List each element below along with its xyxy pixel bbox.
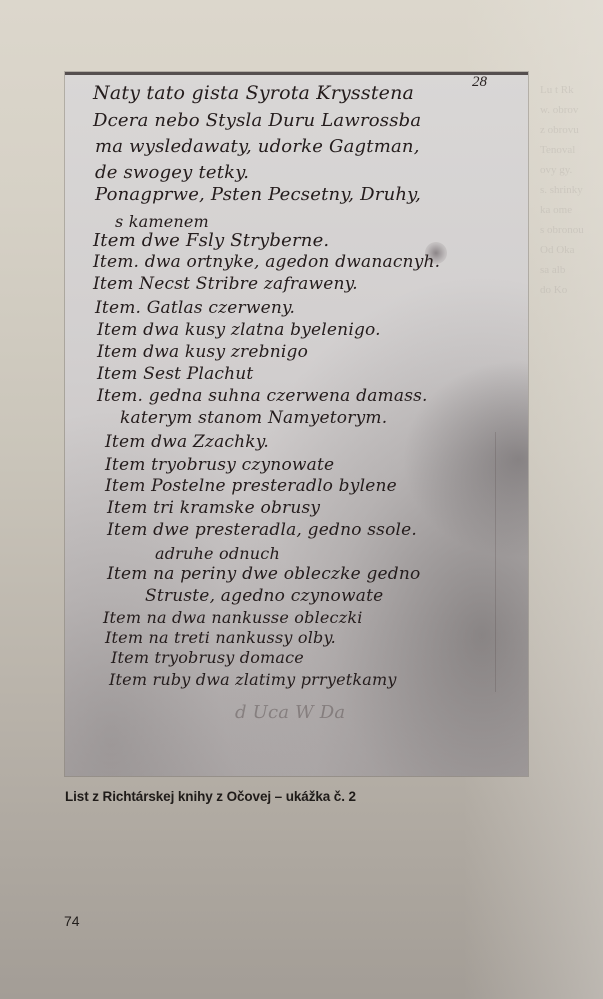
manuscript-line: Item tryobrusy czynowate: [105, 455, 334, 475]
manuscript-line: Item ruby dwa zlatimy prryetkamy: [109, 670, 397, 689]
facing-page-show-through: Lu t Rkw. obrovz obrovuTenovalovy gy.s. …: [540, 80, 600, 300]
show-through-line: do Ko: [540, 280, 600, 300]
manuscript-line: Naty tato gista Syrota Krysstena: [93, 82, 414, 104]
manuscript-line: de swogey tetky.: [95, 162, 249, 183]
manuscript-line: Item dwa Zzachky.: [105, 432, 269, 452]
margin-scrawl: [495, 432, 524, 692]
show-through-line: Tenoval: [540, 140, 600, 160]
manuscript-line: Item. dwa ortnyke, agedon dwanacnyh.: [93, 252, 440, 272]
show-through-line: ka ome: [540, 200, 600, 220]
show-through-line: Od Oka: [540, 240, 600, 260]
manuscript-line: Ponagprwe, Psten Pecsetny, Druhy,: [95, 184, 421, 205]
manuscript-line: adruhe odnuch: [155, 544, 280, 563]
show-through-line: s obronou: [540, 220, 600, 240]
manuscript-line: Item dwe Fsly Stryberne.: [93, 230, 329, 251]
figure-caption: List z Richtárskej knihy z Očovej – ukáž…: [65, 789, 356, 804]
show-through-line: sa alb: [540, 260, 600, 280]
manuscript-line: Dcera nebo Stysla Duru Lawrossba: [93, 110, 421, 131]
manuscript-line: Item Sest Plachut: [97, 364, 253, 384]
manuscript-line: katerym stanom Namyetorym.: [120, 408, 387, 428]
manuscript-line: Item na treti nankussy olby.: [105, 628, 336, 647]
manuscript-line: Item tri kramske obrusy: [107, 498, 320, 518]
show-through-line: w. obrov: [540, 100, 600, 120]
manuscript-line: Struste, agedno czynowate: [145, 586, 383, 606]
manuscript-line: Item. Gatlas czerweny.: [95, 298, 295, 318]
manuscript-line: Item dwa kusy zrebnigo: [97, 342, 308, 362]
manuscript-line: Item na dwa nankusse obleczki: [103, 608, 363, 627]
folio-number: 28: [472, 74, 487, 91]
manuscript-line: Item na periny dwe obleczke gedno: [107, 564, 420, 584]
show-through-line: s. shrinky: [540, 180, 600, 200]
manuscript-line: s kamenem: [115, 212, 209, 231]
manuscript-line: Item tryobrusy domace: [111, 648, 304, 667]
manuscript-line: Item dwa kusy zlatna byelenigo.: [97, 320, 381, 340]
manuscript-line: Item dwe presteradla, gedno ssole.: [107, 520, 417, 540]
manuscript-line: Item. gedna suhna czerwena damass.: [97, 386, 428, 406]
show-through-line: z obrovu: [540, 120, 600, 140]
manuscript-line: d Uca W Da: [235, 702, 345, 723]
show-through-line: Lu t Rk: [540, 80, 600, 100]
manuscript-line: Item Necst Stribre zafraweny.: [93, 274, 358, 294]
manuscript-line: ma wysledawaty, udorke Gagtman,: [95, 136, 420, 157]
manuscript-photo: 28 Naty tato gista Syrota KrysstenaDcera…: [65, 72, 528, 776]
page-number: 74: [64, 913, 80, 929]
show-through-line: ovy gy.: [540, 160, 600, 180]
manuscript-line: Item Postelne presteradlo bylene: [105, 476, 397, 496]
